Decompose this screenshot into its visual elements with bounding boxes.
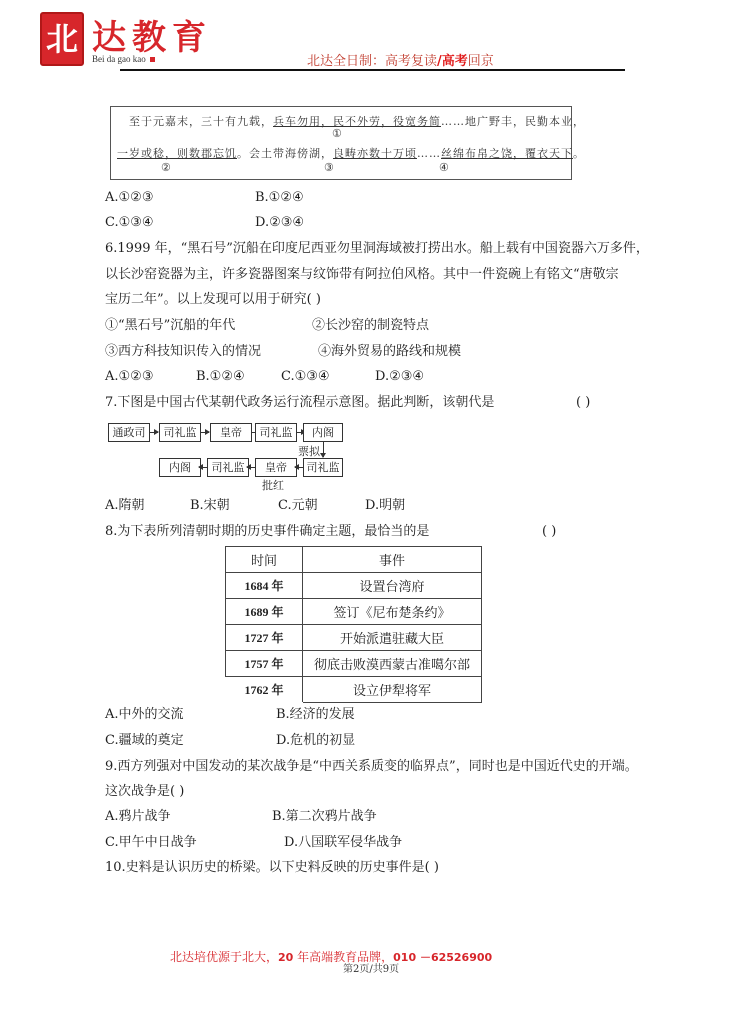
header-slogan: 北达全日制：高考复读/高考回京 [307, 50, 494, 69]
flow-box-tongzhengsi: 通政司 [108, 423, 150, 442]
flow-box-silijian-2: 司礼监 [255, 423, 297, 442]
flow-arrow-right-icon [201, 432, 209, 433]
q5-option-c[interactable]: C.①③④ [105, 215, 154, 231]
q8-option-d[interactable]: D.危机的初显 [276, 733, 355, 749]
q6-item-1: ①“黑石号”沉船的年代 [105, 318, 235, 334]
q9-option-a[interactable]: A.鸦片战争 [105, 809, 171, 825]
table-cell-event: 设立伊犁将军 [303, 677, 482, 703]
q8-stem: 8.为下表所列清朝时期的历史事件确定主题，最恰当的是 [105, 524, 429, 540]
q9-option-d[interactable]: D.八国联军侵华战争 [284, 835, 402, 851]
q6-item-4: ④海外贸易的路线和规模 [318, 344, 461, 360]
table-row: 1757 年 彻底击败漠西蒙古准噶尔部 [226, 651, 482, 677]
table-row: 1762 年 设立伊犁将军 [226, 677, 482, 703]
table-cell-year: 1684 年 [226, 573, 303, 599]
flow-box-silijian-3: 司礼监 [207, 458, 249, 477]
q7-option-c[interactable]: C.元朝 [278, 498, 318, 514]
flow-arrow-left-icon [199, 467, 207, 468]
q7-stem: 7.下图是中国古代某朝代政务运行流程示意图。据此判断，该朝代是 [105, 395, 494, 411]
q9-stem-line-2: 这次战争是( ) [105, 784, 184, 800]
q7-option-d[interactable]: D.明朝 [365, 498, 405, 514]
quote-mark-1: ① [332, 127, 342, 140]
table-cell-event: 签订《尼布楚条约》 [303, 599, 482, 625]
q7-answer-bracket[interactable]: ( ) [576, 395, 590, 411]
table-cell-year: 1757 年 [226, 651, 303, 677]
table-cell-event: 开始派遣驻藏大臣 [303, 625, 482, 651]
quote-line-2: 一岁或稔，则数郡忘饥。会土带海傍湖，良畴亦数十万顷……丝绵布帛之饶，覆衣天下。 [117, 145, 585, 161]
q8-option-b[interactable]: B.经济的发展 [276, 707, 355, 723]
table-cell-event: 设置台湾府 [303, 573, 482, 599]
q7-option-b[interactable]: B.宋朝 [190, 498, 230, 514]
flow-arrow-left-icon [295, 467, 303, 468]
q6-option-b[interactable]: B.①②④ [196, 369, 245, 385]
q9-option-c[interactable]: C.甲午中日战争 [105, 835, 197, 851]
table-cell-year: 1762 年 [226, 677, 303, 703]
q9-stem-line-1: 9.西方列强对中国发动的某次战争是“中西关系质变的临界点”，同时也是中国近代史的… [105, 759, 638, 775]
q6-stem-line-1: 6.1999 年，“黑石号”沉船在印度尼西亚勿里洞海域被打捞出水。船上载有中国瓷… [105, 241, 649, 257]
logo-subtitle: Bei da gao kao [92, 54, 155, 64]
table-cell-event: 彻底击败漠西蒙古准噶尔部 [303, 651, 482, 677]
table-cell-year: 1689 年 [226, 599, 303, 625]
q6-stem-line-3: 宝历二年”。以上发现可以用于研究( ) [105, 292, 321, 308]
flow-arrow-down-icon [323, 442, 324, 457]
table-row: 1727 年 开始派遣驻藏大臣 [226, 625, 482, 651]
quote-mark-2: ② [161, 161, 171, 174]
flow-box-silijian-1: 司礼监 [159, 423, 201, 442]
q6-option-a[interactable]: A.①②③ [105, 369, 153, 385]
q6-item-3: ③西方科技知识传入的情况 [105, 344, 261, 360]
table-row: 1689 年 签订《尼布楚条约》 [226, 599, 482, 625]
events-table: 时间 事件 1684 年 设置台湾府 1689 年 签订《尼布楚条约》 1727… [225, 546, 482, 703]
flow-arrow-right-icon [150, 432, 158, 433]
flow-box-neige-2: 内阁 [159, 458, 201, 477]
q7-option-a[interactable]: A.隋朝 [105, 498, 145, 514]
table-header-event: 事件 [303, 547, 482, 573]
flow-arrow-left-icon [247, 467, 255, 468]
flow-box-silijian-4: 司礼监 [303, 458, 343, 477]
header-divider [120, 69, 625, 71]
q8-answer-bracket[interactable]: ( ) [542, 524, 556, 540]
q5-option-b[interactable]: B.①②④ [255, 190, 304, 206]
q5-option-d[interactable]: D.②③④ [255, 215, 304, 231]
q8-option-c[interactable]: C.疆域的奠定 [105, 733, 184, 749]
quote-mark-3: ③ [324, 161, 334, 174]
q9-option-b[interactable]: B.第二次鸦片战争 [272, 809, 377, 825]
q6-option-c[interactable]: C.①③④ [281, 369, 330, 385]
flow-label-pihong: 批红 [262, 477, 284, 493]
q8-option-a[interactable]: A.中外的交流 [105, 707, 184, 723]
table-header-time: 时间 [226, 547, 303, 573]
flow-label-piaoni: 票拟 [298, 443, 320, 459]
logo-text: 达教育 [92, 10, 212, 59]
quote-box: 至于元嘉末，三十有九载，兵车勿用，民不外劳，役宽务简……地广野丰，民勤本业， ①… [110, 106, 572, 180]
q6-item-2: ②长沙窑的制瓷特点 [312, 318, 429, 334]
logo-square-icon [150, 57, 155, 62]
flow-box-neige-1: 内阁 [303, 423, 343, 442]
table-header-row: 时间 事件 [226, 547, 482, 573]
flow-box-huangdi-1: 皇帝 [210, 423, 252, 442]
q6-option-d[interactable]: D.②③④ [375, 369, 424, 385]
q10-stem: 10.史料是认识历史的桥梁。以下史料反映的历史事件是( ) [105, 860, 439, 876]
flow-box-huangdi-2: 皇帝 [255, 458, 297, 477]
footer-brand: 北达培优源于北大，20 年高端教育品牌，010 －62526900 [170, 948, 492, 965]
quote-mark-4: ④ [439, 161, 449, 174]
q6-stem-line-2: 以长沙窑瓷器为主，许多瓷器图案与纹饰带有阿拉伯风格。其中一件瓷碗上有铭文“唐敬宗 [105, 267, 619, 283]
quote-line-1: 至于元嘉末，三十有九载，兵车勿用，民不外劳，役宽务简……地广野丰，民勤本业， [129, 113, 585, 129]
table-row: 1684 年 设置台湾府 [226, 573, 482, 599]
table-cell-year: 1727 年 [226, 625, 303, 651]
page-number: 第2页/共9页 [343, 960, 399, 975]
logo-mark: 北 [40, 12, 84, 66]
q5-option-a[interactable]: A.①②③ [105, 190, 153, 206]
